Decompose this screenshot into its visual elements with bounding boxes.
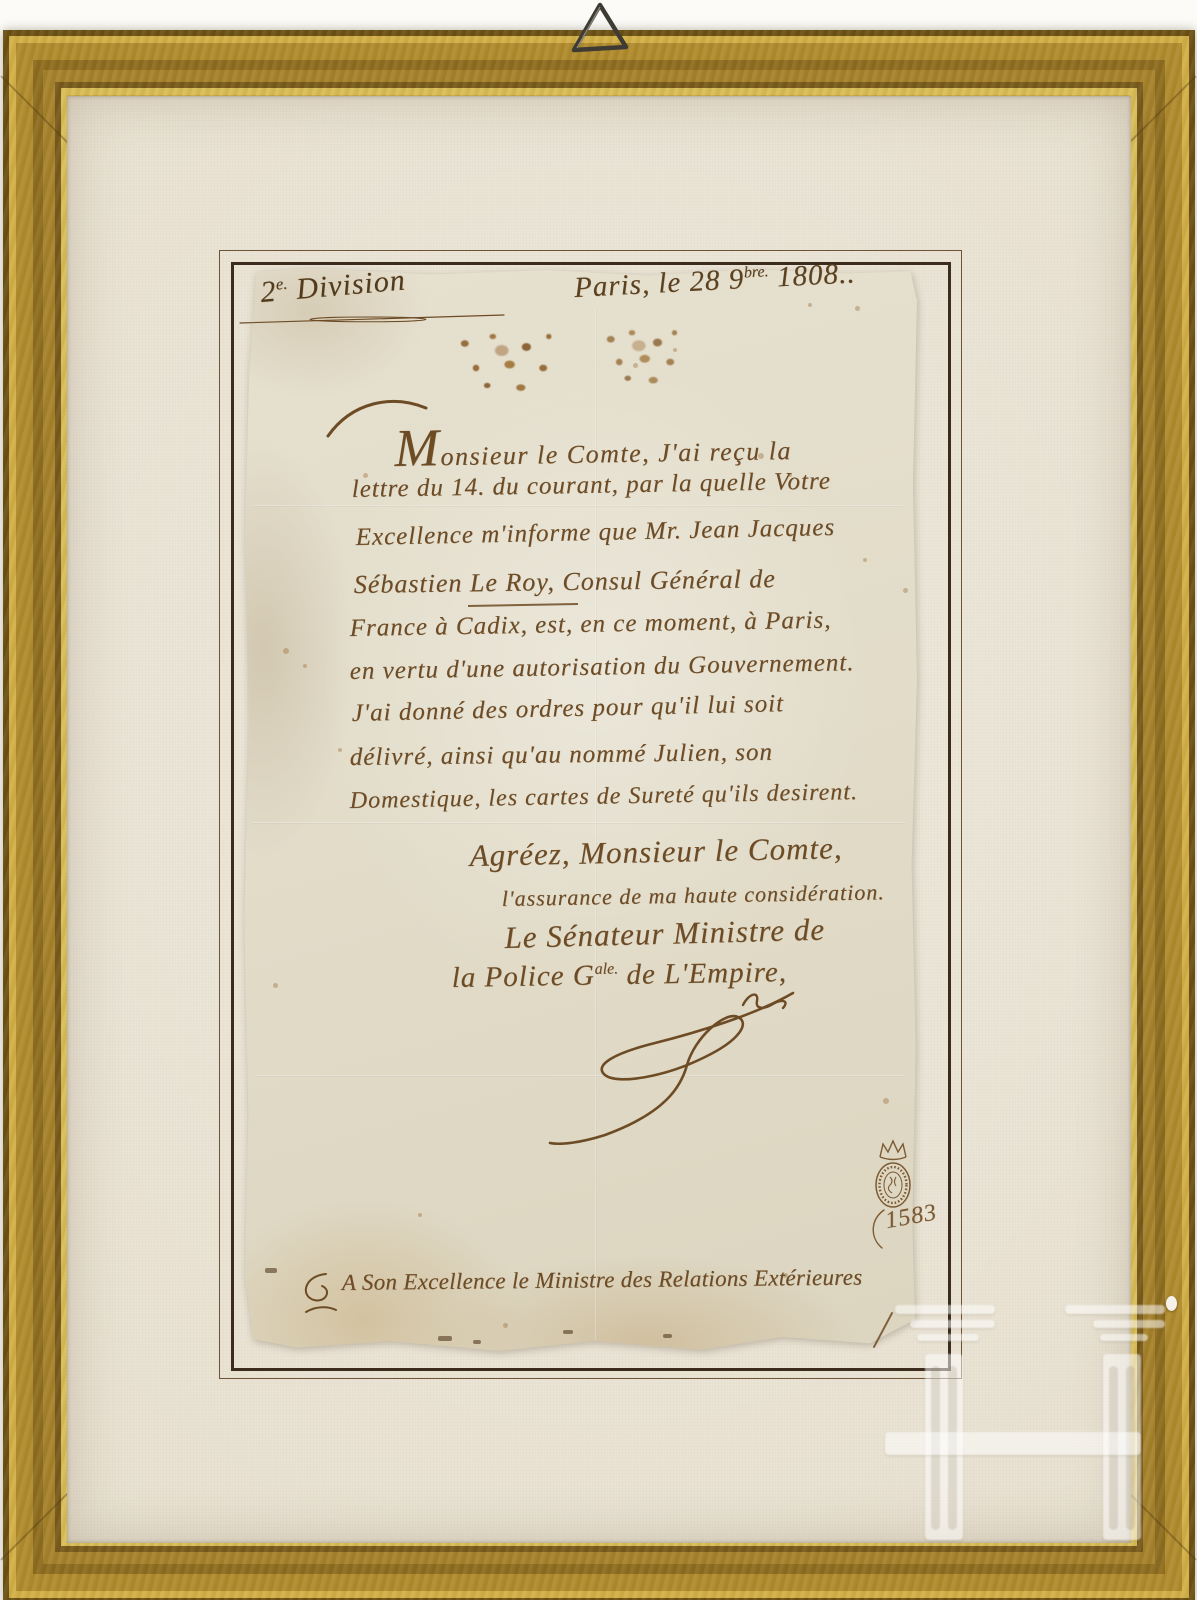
foxing-spot	[903, 588, 908, 593]
framed-letter-photo: 2e. Division Paris, le 28 9bre. 1808.. M…	[0, 0, 1197, 1600]
edge-grime	[663, 1334, 672, 1338]
foxing-spot	[338, 748, 342, 752]
address-flourish	[296, 1270, 340, 1318]
foxing-spot	[808, 303, 812, 307]
edge-grime	[438, 1336, 452, 1341]
foxing-spot	[863, 558, 867, 562]
fold-crease	[253, 505, 903, 507]
address-line: A Son Excellence le Ministre des Relatio…	[342, 1265, 863, 1296]
closing-superscript: ale.	[595, 960, 619, 977]
foxing-spot	[283, 648, 289, 654]
foxing-spot	[418, 1213, 422, 1217]
body-line: Sébastien Le Roy, Consul Général de	[354, 564, 776, 600]
foxing-stain	[448, 326, 560, 396]
foxing-spot	[303, 664, 307, 668]
signature-paraph	[545, 985, 825, 1155]
edge-grime	[473, 1340, 481, 1344]
foxing-spot	[273, 983, 278, 988]
body-line: délivré, ainsi qu'au nommé Julien, son	[350, 739, 773, 772]
edge-grime	[563, 1330, 573, 1334]
fold-crease	[251, 822, 906, 824]
edge-grime	[265, 1268, 277, 1273]
hanging-ring-icon	[558, 0, 642, 56]
foxing-stain	[598, 323, 683, 388]
stamp-crown	[880, 1141, 906, 1157]
foxing-spot	[633, 363, 638, 368]
foxing-spot	[673, 348, 677, 352]
frame-speck	[1166, 1296, 1177, 1311]
foxing-spot	[503, 1323, 508, 1328]
division-underline-flourish	[238, 312, 508, 326]
date-post: 1808..	[768, 257, 856, 293]
date-superscript: bre.	[743, 263, 768, 281]
foxing-spot	[883, 1098, 889, 1104]
foxing-spot	[855, 306, 860, 311]
